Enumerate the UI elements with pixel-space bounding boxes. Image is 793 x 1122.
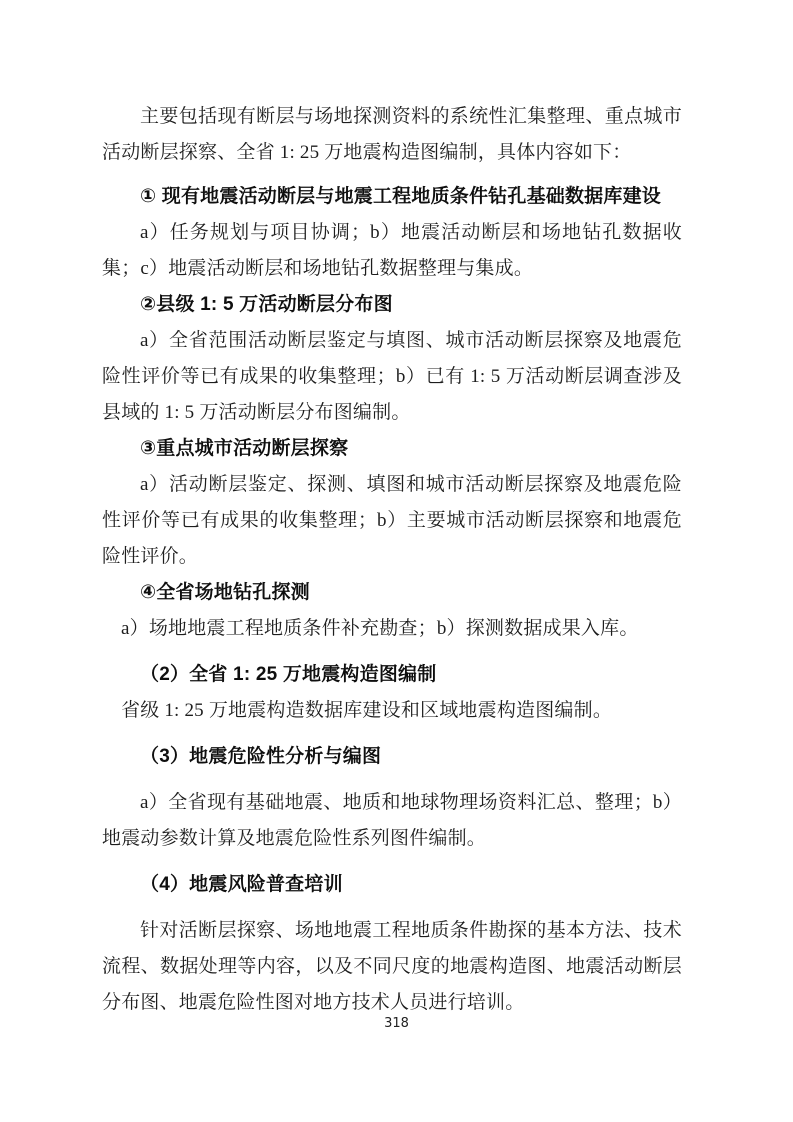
paragraph-item-3-tasks: a）活动断层鉴定、探测、填图和城市活动断层探察及地震危险性评价等已有成果的收集整…	[102, 467, 682, 575]
heading-section-4-training: （4）地震风险普查培训	[102, 867, 682, 903]
paragraph-item-2-tasks: a）全省范围活动断层鉴定与填图、城市活动断层探察及地震危险性评价等已有成果的收集…	[102, 323, 682, 431]
heading-item-2-county-map: ②县级 1: 5 万活动断层分布图	[102, 287, 682, 323]
heading-section-2-tectonic-map: （2）全省 1: 25 万地震构造图编制	[102, 657, 682, 693]
paragraph-section-3-tasks: a）全省现有基础地震、地质和地球物理场资料汇总、整理；b）地震动参数计算及地震危…	[102, 785, 682, 857]
document-body: 主要包括现有断层与场地探测资料的系统性汇集整理、重点城市活动断层探察、全省 1:…	[102, 99, 682, 1021]
paragraph-item-4-tasks: a）场地地震工程地质条件补充勘查；b）探测数据成果入库。	[102, 611, 682, 647]
heading-item-1-database: ① 现有地震活动断层与地震工程地质条件钻孔基础数据库建设	[102, 179, 682, 215]
heading-item-3-city-fault-survey: ③重点城市活动断层探察	[102, 431, 682, 467]
paragraph-section-4-tasks: 针对活断层探察、场地地震工程地质条件勘探的基本方法、技术流程、数据处理等内容，以…	[102, 913, 682, 1021]
paragraph-intro: 主要包括现有断层与场地探测资料的系统性汇集整理、重点城市活动断层探察、全省 1:…	[102, 99, 682, 171]
paragraph-section-2-tasks: 省级 1: 25 万地震构造数据库建设和区域地震构造图编制。	[102, 693, 682, 729]
page-number: 318	[0, 1016, 793, 1031]
paragraph-item-1-tasks: a）任务规划与项目协调；b）地震活动断层和场地钻孔数据收集；c）地震活动断层和场…	[102, 215, 682, 287]
document-page: 主要包括现有断层与场地探测资料的系统性汇集整理、重点城市活动断层探察、全省 1:…	[0, 0, 793, 1122]
heading-item-4-borehole-survey: ④全省场地钻孔探测	[102, 575, 682, 611]
heading-section-3-hazard-analysis: （3）地震危险性分析与编图	[102, 739, 682, 775]
